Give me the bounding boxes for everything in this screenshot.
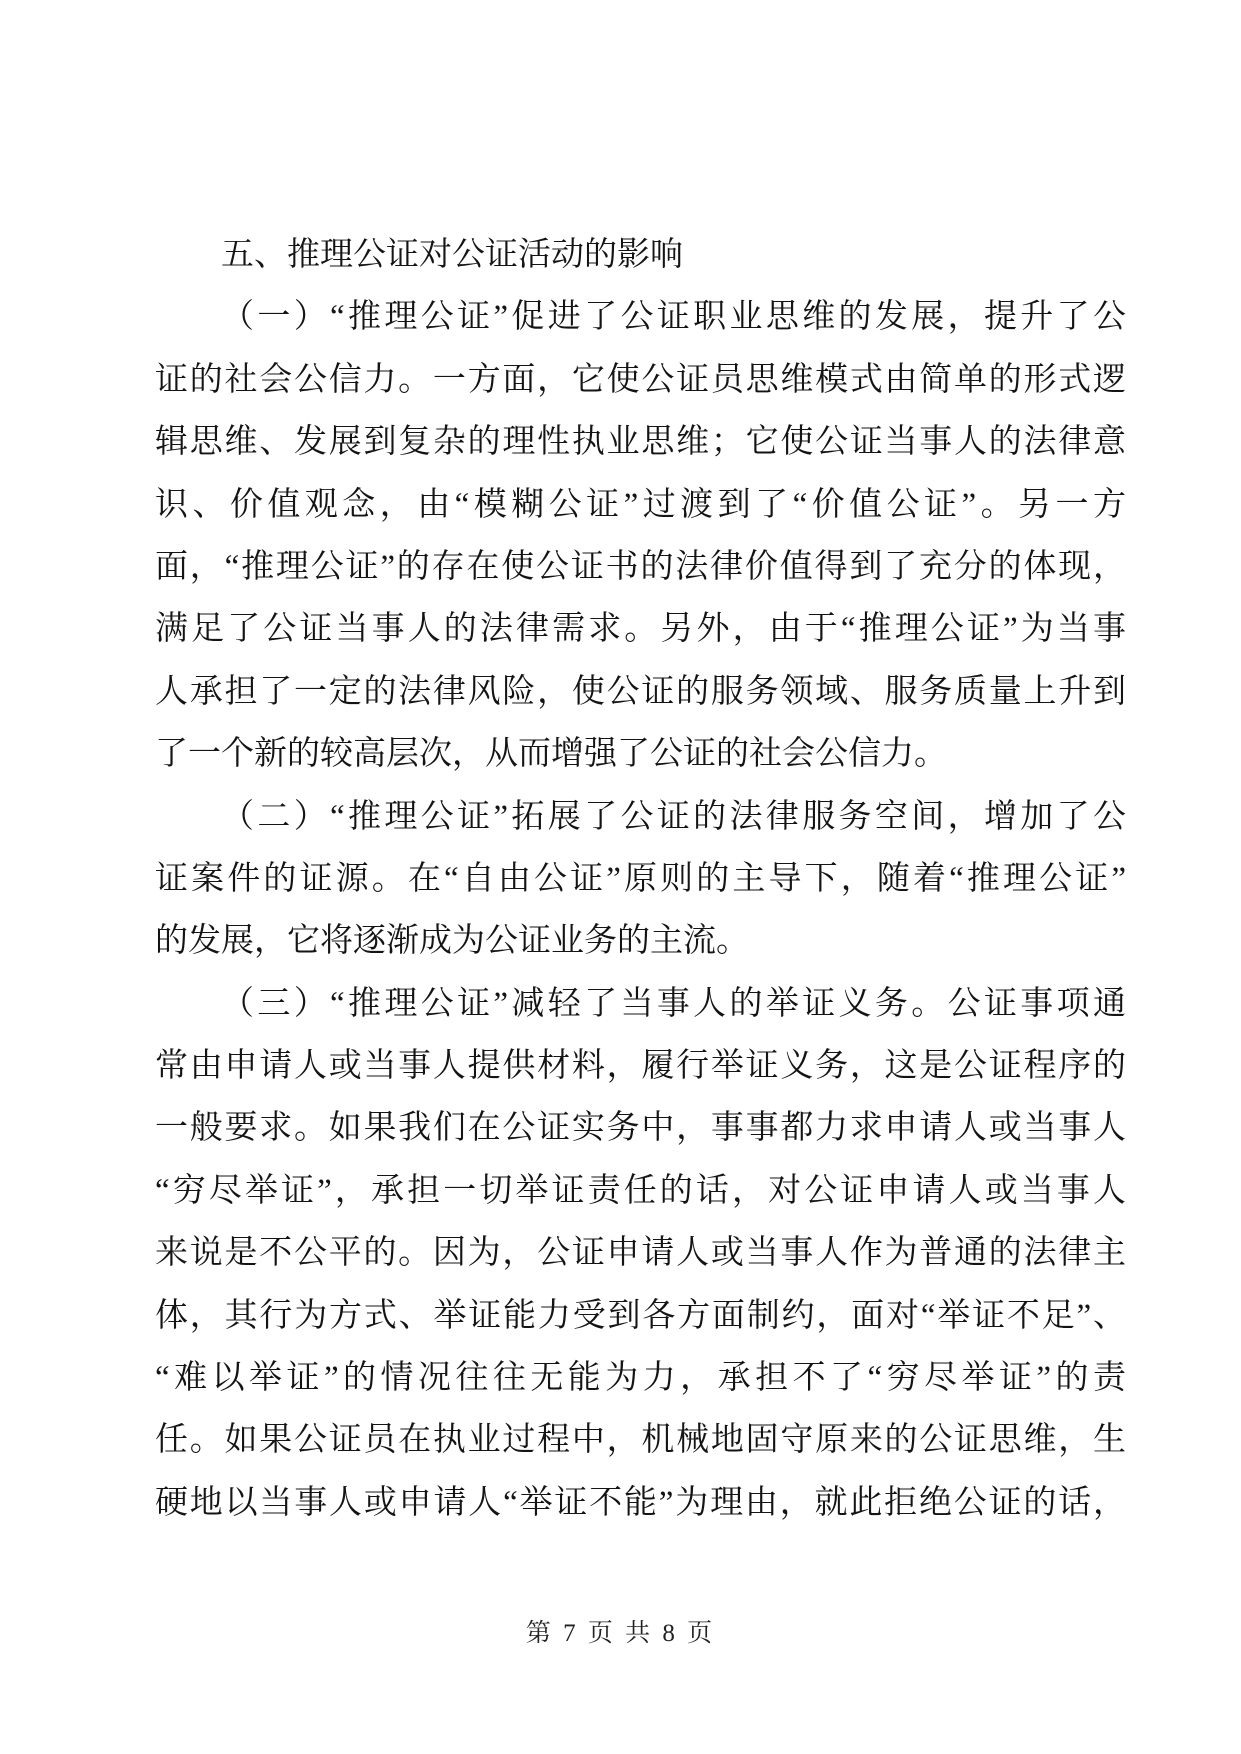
text-line: 证案件的证源。在“自由公证”原则的主导下，随着“推理公证” [155, 848, 1126, 910]
text-line: 的发展，它将逐渐成为公证业务的主流。 [155, 910, 1126, 972]
document-body: 五、推理公证对公证活动的影响 （一）“推理公证”促进了公证职业思维的发展，提升了… [155, 224, 1126, 1534]
text-line: 了一个新的较高层次，从而增强了公证的社会公信力。 [155, 723, 1126, 785]
text-line: 一般要求。如果我们在公证实务中，事事都力求申请人或当事人 [155, 1097, 1126, 1159]
text-line: 来说是不公平的。因为，公证申请人或当事人作为普通的法律主 [155, 1222, 1126, 1284]
text-line: 硬地以当事人或申请人“举证不能”为理由，就此拒绝公证的话， [155, 1472, 1126, 1534]
page-footer: 第 7 页 共 8 页 [0, 1612, 1241, 1656]
text-line: （三）“推理公证”减轻了当事人的举证义务。公证事项通 [155, 973, 1126, 1035]
text-line: “难以举证”的情况往往无能为力，承担不了“穷尽举证”的责 [155, 1347, 1126, 1409]
document-page: 五、推理公证对公证活动的影响 （一）“推理公证”促进了公证职业思维的发展，提升了… [0, 0, 1241, 1754]
text-line: 辑思维、发展到复杂的理性执业思维；它使公证当事人的法律意 [155, 411, 1126, 473]
section-heading: 五、推理公证对公证活动的影响 [155, 224, 1126, 286]
page-number-text: 第 7 页 共 8 页 [526, 1620, 715, 1647]
text-line: 任。如果公证员在执业过程中，机械地固守原来的公证思维，生 [155, 1409, 1126, 1471]
text-line: 人承担了一定的法律风险，使公证的服务领域、服务质量上升到 [155, 661, 1126, 723]
text-line: 满足了公证当事人的法律需求。另外，由于“推理公证”为当事 [155, 598, 1126, 660]
text-line: 面，“推理公证”的存在使公证书的法律价值得到了充分的体现， [155, 536, 1126, 598]
text-line: 证的社会公信力。一方面，它使公证员思维模式由简单的形式逻 [155, 349, 1126, 411]
text-line: （二）“推理公证”拓展了公证的法律服务空间，增加了公 [155, 786, 1126, 848]
text-line: （一）“推理公证”促进了公证职业思维的发展，提升了公 [155, 286, 1126, 348]
text-line: 识、价值观念，由“模糊公证”过渡到了“价值公证”。另一方 [155, 474, 1126, 536]
text-line: 常由申请人或当事人提供材料，履行举证义务，这是公证程序的 [155, 1035, 1126, 1097]
text-line: 体，其行为方式、举证能力受到各方面制约，面对“举证不足”、 [155, 1285, 1126, 1347]
text-line: “穷尽举证”，承担一切举证责任的话，对公证申请人或当事人 [155, 1160, 1126, 1222]
